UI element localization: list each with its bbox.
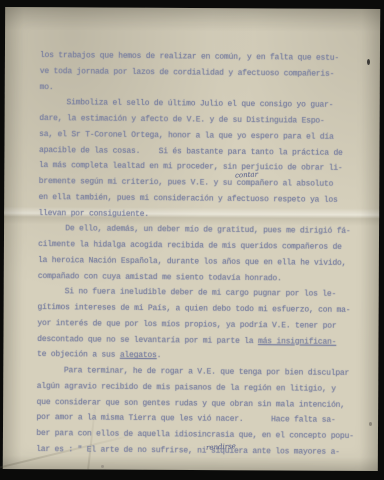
- paragraph: Simboliza el sello de último Julio el qu…: [38, 95, 359, 224]
- paragraph: Si no fuera ineludible deber de mi cargo…: [37, 284, 358, 366]
- underlined-text: más insignifican-: [258, 337, 336, 347]
- underlined-text: alegatos: [120, 351, 157, 360]
- paragraph: los trabajos que hemos de realizar en co…: [40, 48, 360, 98]
- ink-speck: [101, 465, 104, 468]
- letter-line: ve toda jornada por lazos de cordialidad…: [40, 64, 360, 83]
- paragraph: De ello, además, un deber mío de gratitu…: [38, 221, 359, 287]
- paragraph: Para terminar, he de rogar a V.E. que te…: [36, 363, 357, 461]
- ink-speck: [369, 422, 372, 426]
- handwritten-annotation: rendirse: [206, 442, 236, 452]
- ink-speck: [367, 59, 370, 65]
- handwritten-annotation: contar: [235, 170, 258, 179]
- letter-text: los trabajos que hemos de realizar en co…: [36, 48, 360, 461]
- photo-of-letter: los trabajos que hemos de realizar en co…: [0, 0, 384, 480]
- letter-line: lar es : " El arte de no sufrirse, ni si…: [36, 442, 356, 461]
